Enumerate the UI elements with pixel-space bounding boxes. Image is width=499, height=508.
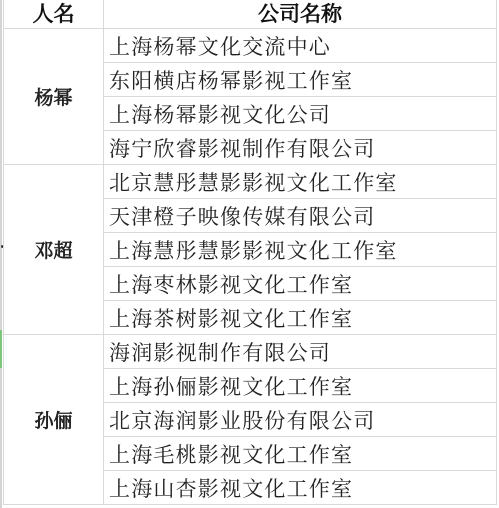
company-cell[interactable]: 东阳横店杨幂影视工作室 bbox=[104, 63, 497, 97]
company-cell[interactable]: 海宁欣睿影视制作有限公司 bbox=[104, 131, 497, 165]
table-row: 孙俪 海润影视制作有限公司 bbox=[4, 335, 497, 369]
person-cell[interactable]: 邓超 bbox=[4, 165, 104, 335]
company-cell[interactable]: 上海茶树影视文化工作室 bbox=[104, 301, 497, 335]
company-cell[interactable]: 上海山杏影视文化工作室 bbox=[104, 471, 497, 505]
company-table: 人名 公司名称 杨幂 上海杨幂文化交流中心 东阳横店杨幂影视工作室 上海杨幂影视… bbox=[3, 0, 497, 505]
company-cell[interactable]: 北京慧彤慧影影视文化工作室 bbox=[104, 165, 497, 199]
person-cell[interactable]: 孙俪 bbox=[4, 335, 104, 505]
spreadsheet: 人名 公司名称 杨幂 上海杨幂文化交流中心 东阳横店杨幂影视工作室 上海杨幂影视… bbox=[0, 0, 499, 508]
company-cell[interactable]: 上海杨幂文化交流中心 bbox=[104, 29, 497, 63]
person-cell[interactable]: 杨幂 bbox=[4, 29, 104, 165]
table-row: 邓超 北京慧彤慧影影视文化工作室 bbox=[4, 165, 497, 199]
company-cell[interactable]: 上海枣林影视文化工作室 bbox=[104, 267, 497, 301]
company-cell[interactable]: 上海杨幂影视文化公司 bbox=[104, 97, 497, 131]
company-cell[interactable]: 上海慧彤慧影影视文化工作室 bbox=[104, 233, 497, 267]
row-header-edge bbox=[0, 0, 2, 508]
company-cell[interactable]: 北京海润影业股份有限公司 bbox=[104, 403, 497, 437]
company-cell[interactable]: 上海孙俪影视文化工作室 bbox=[104, 369, 497, 403]
header-company[interactable]: 公司名称 bbox=[104, 0, 497, 29]
selection-indicator bbox=[0, 330, 2, 368]
header-row: 人名 公司名称 bbox=[4, 0, 497, 29]
company-cell[interactable]: 天津橙子映像传媒有限公司 bbox=[104, 199, 497, 233]
table-row: 杨幂 上海杨幂文化交流中心 bbox=[4, 29, 497, 63]
company-cell[interactable]: 海润影视制作有限公司 bbox=[104, 335, 497, 369]
company-cell[interactable]: 上海毛桃影视文化工作室 bbox=[104, 437, 497, 471]
header-name[interactable]: 人名 bbox=[4, 0, 104, 29]
